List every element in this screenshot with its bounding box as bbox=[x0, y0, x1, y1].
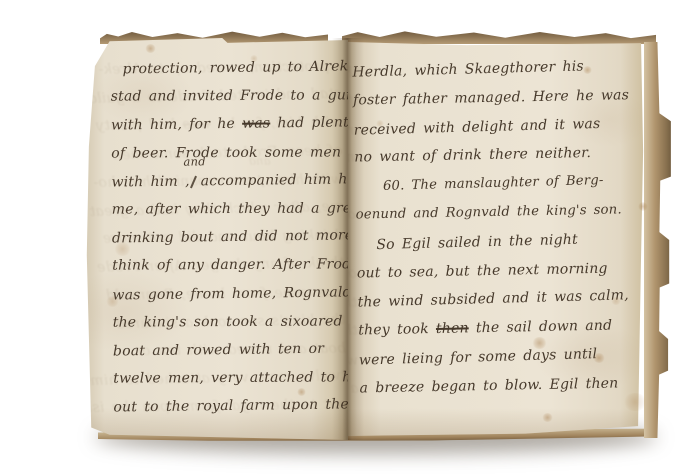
manuscript-line: me, after which they had a great bbox=[112, 194, 344, 223]
struck-word: was bbox=[242, 116, 270, 132]
caret-stroke bbox=[190, 175, 197, 188]
manuscript-line: twelve men, very attached to him, bbox=[113, 364, 345, 393]
line-text: with him, for he bbox=[111, 116, 242, 134]
insertion-caret-mark: and bbox=[190, 173, 199, 187]
open-manuscript-book: protection, rowed up to Alrek- stad and … bbox=[80, 28, 676, 452]
line-text: accompanied him ho- bbox=[201, 171, 362, 189]
manuscript-line: protection, rowed up to Alrek- bbox=[122, 53, 342, 84]
line-text: they took bbox=[358, 321, 436, 338]
manuscript-line: of beer. Frode took some men bbox=[111, 138, 343, 167]
manuscript-line: stad and invited Frode to a guild bbox=[111, 82, 343, 111]
right-page: Herdla, which Skaegthorer his foster fat… bbox=[348, 40, 644, 436]
struck-word: then bbox=[436, 321, 469, 338]
manuscript-line: drinking bout and did not more bbox=[112, 222, 344, 253]
manuscript-line: with him ,andaccompanied him ho- bbox=[111, 165, 343, 196]
line-text: had plenty bbox=[270, 115, 357, 132]
manuscript-line: think of any danger. After Frode bbox=[112, 251, 344, 280]
manuscript-line: was gone from home, Rognvald bbox=[112, 278, 344, 309]
fore-edge-page-stack bbox=[644, 42, 672, 438]
manuscript-line: a breeze began to blow. Egil then bbox=[359, 369, 642, 403]
manuscript-line: the king's son took a sixoared bbox=[113, 307, 345, 336]
inserted-word: and bbox=[183, 147, 206, 175]
right-page-text: Herdla, which Skaegthorer his foster fat… bbox=[352, 52, 642, 404]
manuscript-line: boat and rowed with ten or bbox=[113, 335, 345, 366]
left-page-text: protection, rowed up to Alrek- stad and … bbox=[110, 53, 345, 422]
line-text: with him , bbox=[111, 173, 189, 190]
manuscript-line: with him, for he was had plenty bbox=[111, 109, 343, 140]
line-text: the sail down and bbox=[469, 318, 613, 337]
left-page: protection, rowed up to Alrek- stad and … bbox=[86, 38, 348, 440]
manuscript-line: out to the royal farm upon the isle bbox=[113, 391, 345, 422]
page-edges-top-right bbox=[342, 30, 656, 44]
